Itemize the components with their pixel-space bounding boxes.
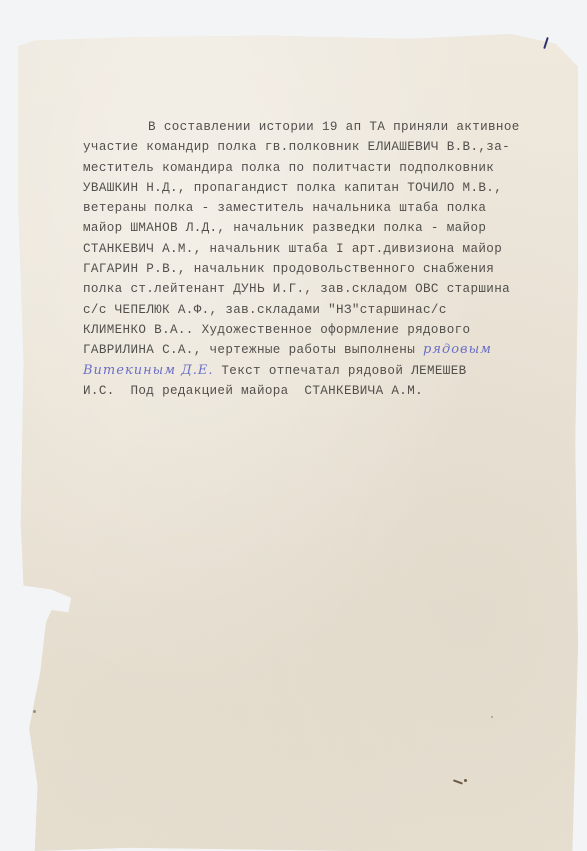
text-line: УВАШКИН Н.Д., пропагандист полка капитан…: [83, 178, 583, 198]
paper-speck: [33, 710, 36, 713]
typed-segment: ГАВРИЛИНА С.А., чертежные работы выполне…: [83, 343, 423, 357]
text-line: Витекиным Д.Е. Текст отпечатал рядовой Л…: [83, 361, 583, 381]
paper-speck: [464, 779, 467, 782]
text-line: КЛИМЕНКО В.А.. Художественное оформление…: [83, 320, 583, 340]
text-line: И.С. Под редакцией майора СТАНКЕВИЧА А.М…: [83, 381, 583, 401]
text-line: ветераны полка - заместитель начальника …: [83, 198, 583, 218]
handwritten-insert: рядовым: [423, 342, 492, 357]
paper-speck: [491, 716, 493, 718]
text-line: меститель командира полка по политчасти …: [83, 158, 583, 178]
typed-segment: Текст отпечатал рядовой ЛЕМЕШЕВ: [213, 364, 466, 378]
handwritten-insert: Витекиным Д.Е.: [83, 363, 213, 378]
text-line: ГАГАРИН Р.В., начальник продовольственно…: [83, 259, 583, 279]
text-line: с/с ЧЕПЕЛЮК А.Ф., зав.складами "НЗ"старш…: [83, 300, 583, 320]
typewritten-text: В составлении истории 19 ап ТА приняли а…: [83, 117, 583, 401]
text-line: майор ШМАНОВ Л.Д., начальник разведки по…: [83, 218, 583, 238]
text-line: ГАВРИЛИНА С.А., чертежные работы выполне…: [83, 340, 583, 360]
text-line: участие командир полка гв.полковник ЕЛИА…: [83, 137, 583, 157]
text-line: полка ст.лейтенант ДУНЬ И.Г., зав.складо…: [83, 279, 583, 299]
text-line: СТАНКЕВИЧ А.М., начальник штаба I арт.ди…: [83, 239, 583, 259]
text-line: В составлении истории 19 ап ТА приняли а…: [83, 117, 583, 137]
